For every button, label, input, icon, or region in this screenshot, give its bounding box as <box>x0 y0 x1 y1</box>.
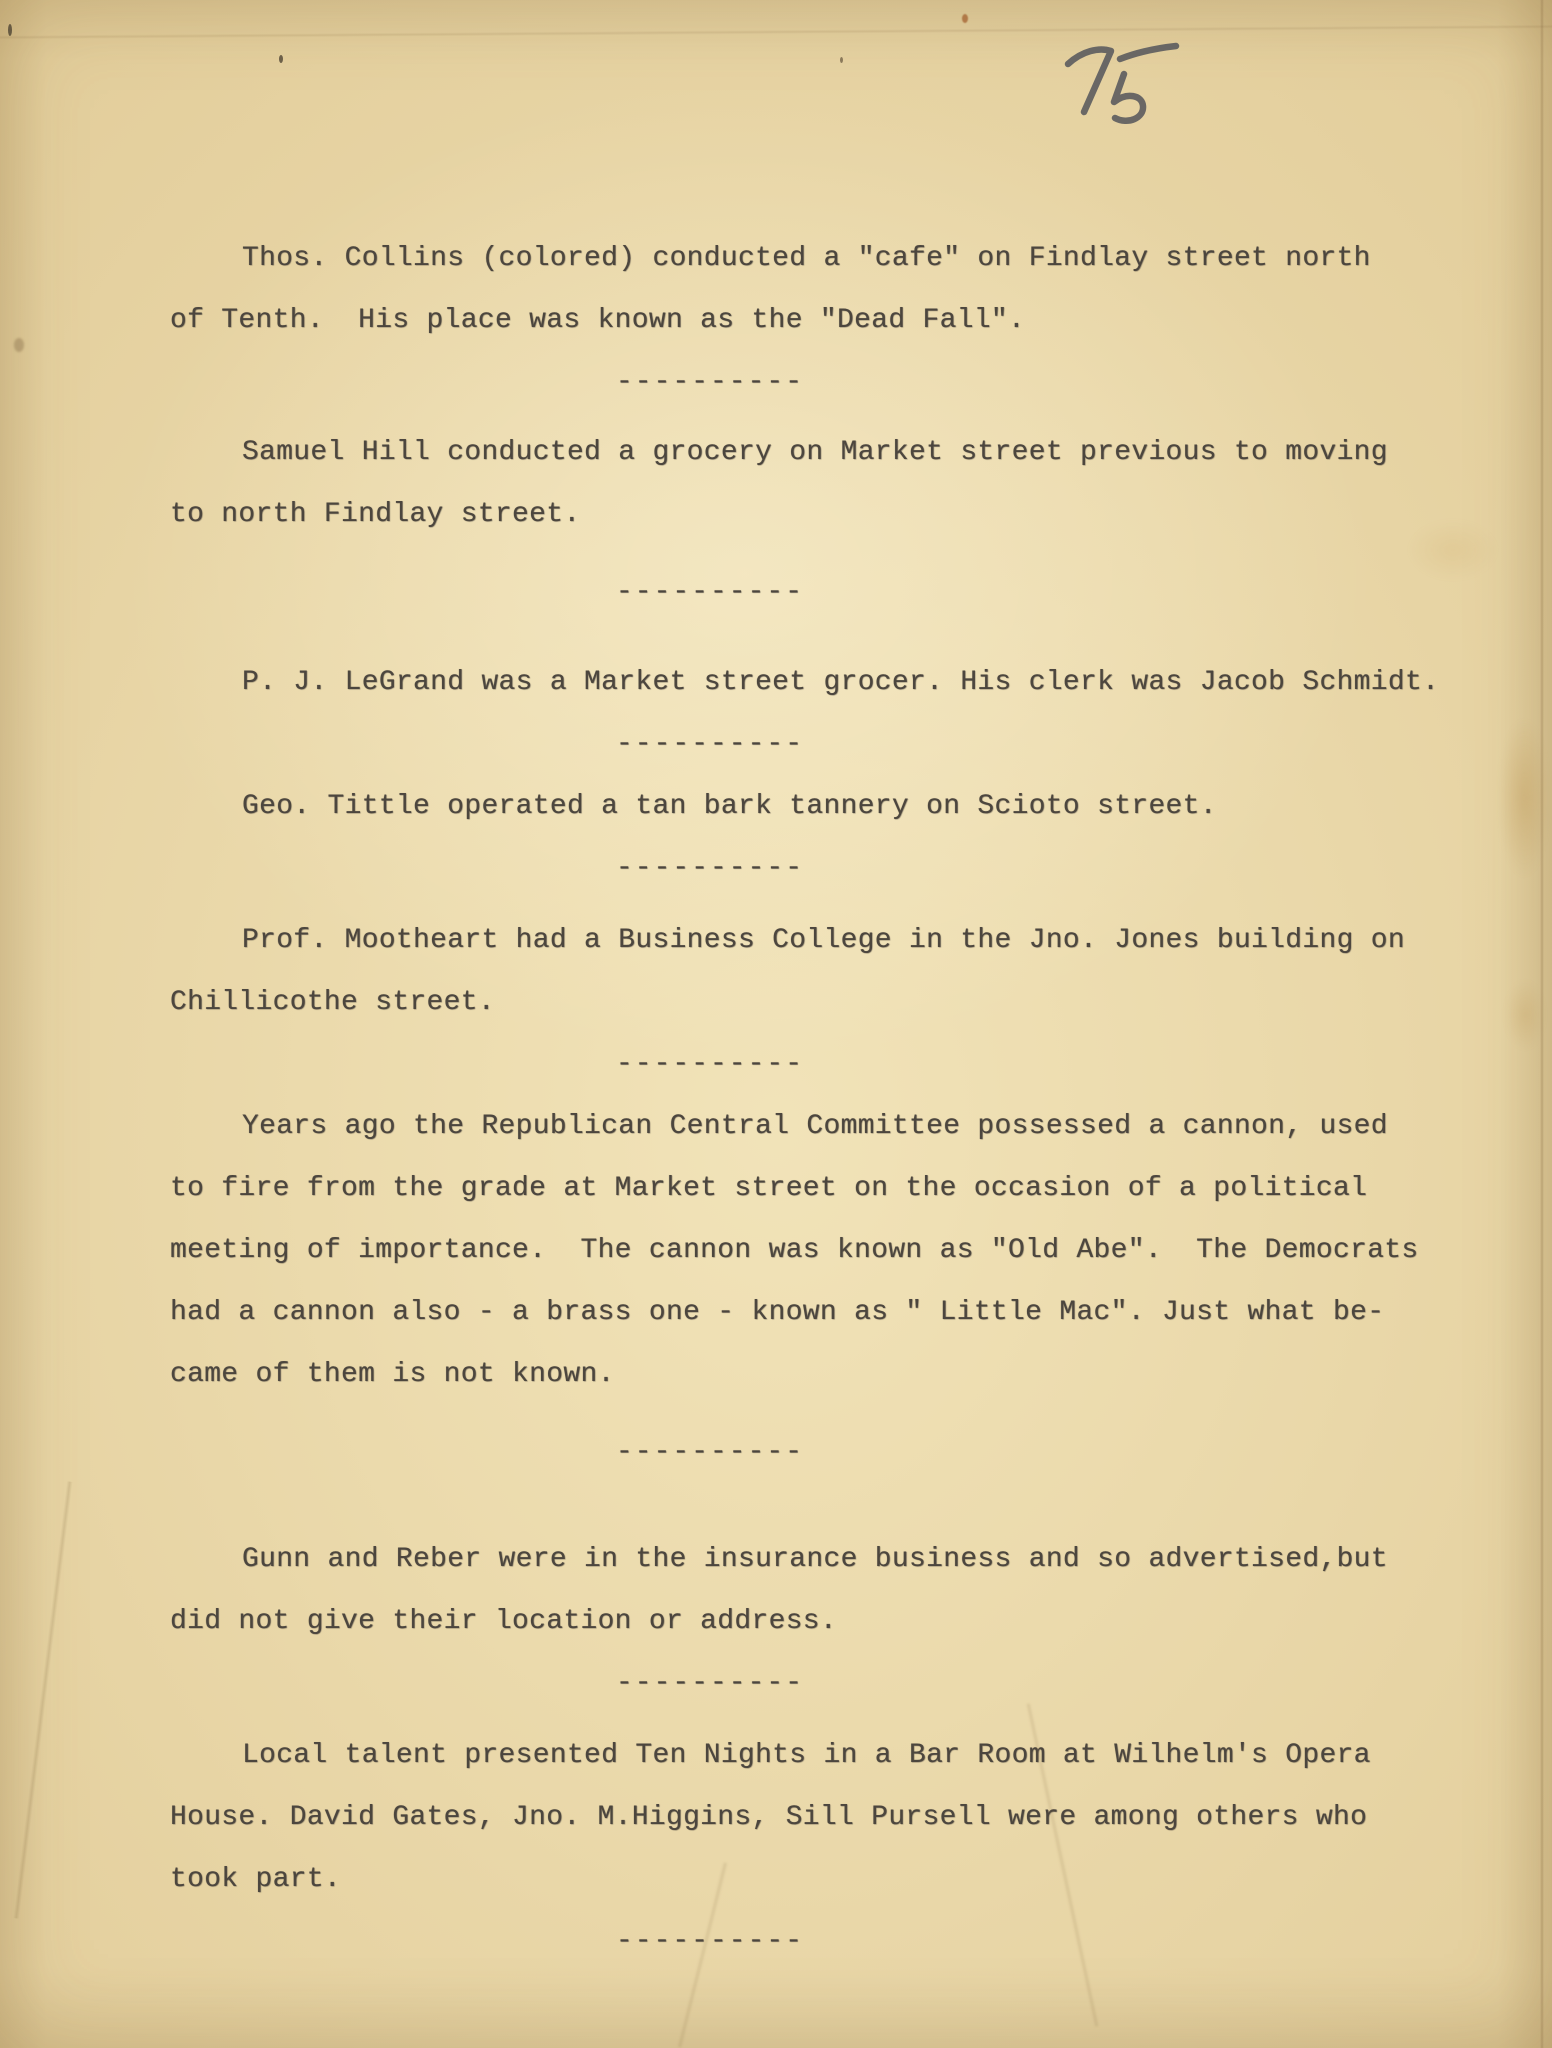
text-line: Prof. Mootheart had a Business College i… <box>170 910 1522 972</box>
section-divider: ---------- <box>170 1422 1250 1484</box>
paper-speck <box>14 338 24 352</box>
text-line: Chillicothe street. <box>170 972 1522 1034</box>
text-line: Local talent presented Ten Nights in a B… <box>170 1725 1522 1787</box>
paper-speck <box>8 24 12 36</box>
paper-speck <box>279 55 283 63</box>
text-line: came of them is not known. <box>170 1344 1522 1406</box>
text-line: to north Findlay street. <box>170 484 1522 546</box>
text-line: Geo. Tittle operated a tan bark tannery … <box>170 776 1522 838</box>
text-line: did not give their location or address. <box>170 1591 1522 1653</box>
text-line: took part. <box>170 1849 1522 1911</box>
text-line: Gunn and Reber were in the insurance bus… <box>170 1529 1522 1591</box>
text-line: Thos. Collins (colored) conducted a "caf… <box>170 228 1522 290</box>
text-line: meeting of importance. The cannon was kn… <box>170 1220 1522 1282</box>
section-divider: ---------- <box>170 1911 1250 1973</box>
paragraph: Years ago the Republican Central Committ… <box>170 1096 1522 1406</box>
paper-crease <box>0 25 1552 40</box>
section-divider: ---------- <box>170 1034 1250 1096</box>
document-body: Thos. Collins (colored) conducted a "caf… <box>170 228 1522 1973</box>
paragraph: Thos. Collins (colored) conducted a "caf… <box>170 228 1522 352</box>
scanned-document-page: Thos. Collins (colored) conducted a "caf… <box>0 0 1552 2048</box>
paragraph: Gunn and Reber were in the insurance bus… <box>170 1529 1522 1653</box>
text-line: Samuel Hill conducted a grocery on Marke… <box>170 422 1522 484</box>
text-line: of Tenth. His place was known as the "De… <box>170 290 1522 352</box>
text-line: to fire from the grade at Market street … <box>170 1158 1522 1220</box>
section-divider: ---------- <box>170 838 1250 900</box>
paper-crease <box>13 1481 73 1918</box>
section-divider: ---------- <box>170 714 1250 776</box>
paragraph: Samuel Hill conducted a grocery on Marke… <box>170 422 1522 546</box>
paper-edge-line <box>1540 0 1544 2048</box>
text-line: had a cannon also - a brass one - known … <box>170 1282 1522 1344</box>
text-line: House. David Gates, Jno. M.Higgins, Sill… <box>170 1787 1522 1849</box>
paragraph: P. J. LeGrand was a Market street grocer… <box>170 652 1522 714</box>
section-divider: ---------- <box>170 562 1250 624</box>
text-line: Years ago the Republican Central Committ… <box>170 1096 1522 1158</box>
paper-speck <box>962 14 968 23</box>
section-divider: ---------- <box>170 352 1250 414</box>
handwritten-page-number <box>1058 28 1188 128</box>
text-line: P. J. LeGrand was a Market street grocer… <box>170 652 1522 714</box>
paragraph: Local talent presented Ten Nights in a B… <box>170 1725 1522 1911</box>
paragraph: Geo. Tittle operated a tan bark tannery … <box>170 776 1522 838</box>
section-divider: ---------- <box>170 1653 1250 1715</box>
paragraph: Prof. Mootheart had a Business College i… <box>170 910 1522 1034</box>
paper-speck <box>840 57 843 63</box>
